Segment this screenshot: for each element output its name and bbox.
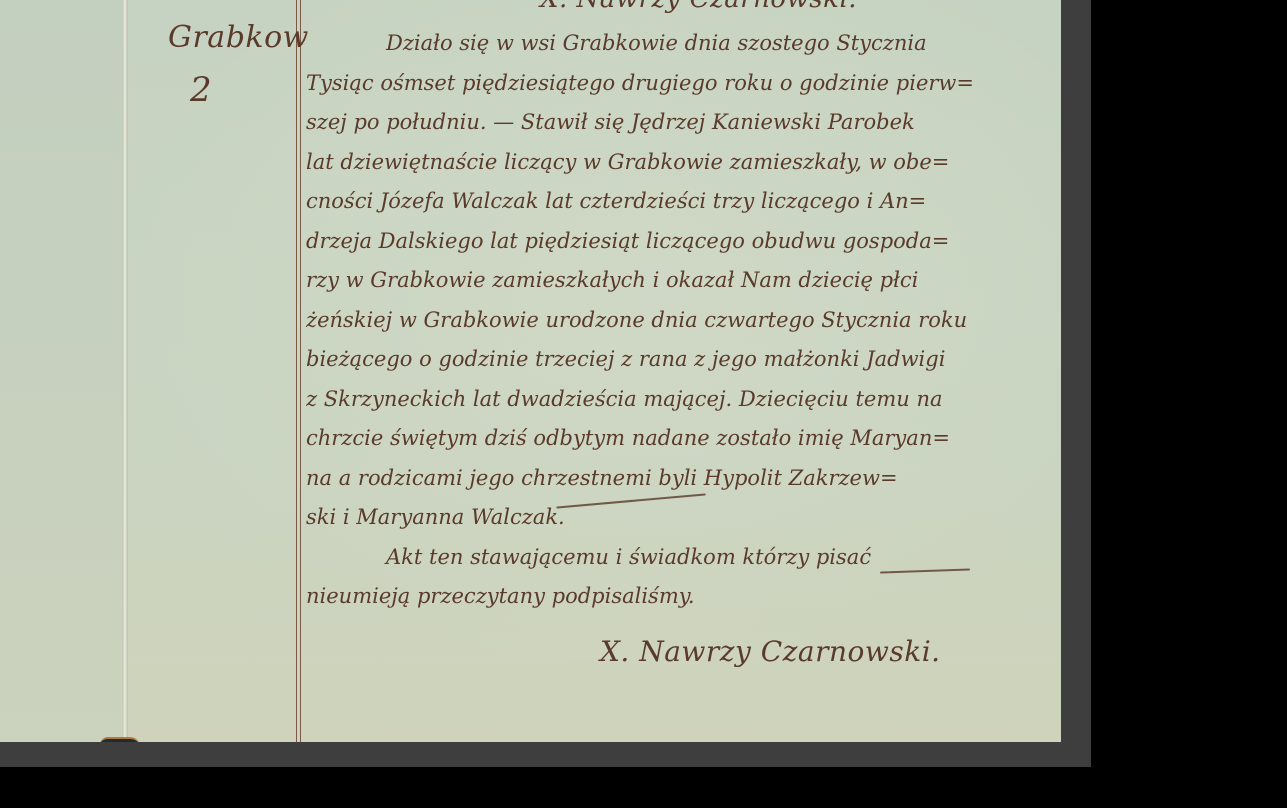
priest-signature: X. Nawrzy Czarnowski. [600,635,941,668]
body-line: lat dziewiętnaście liczący w Grabkowie z… [306,143,1046,183]
margin-rule [296,0,301,742]
body-line: rzy w Grabkowie zamieszkałych i okazał N… [306,261,1046,301]
page-fold-line [122,0,128,742]
body-line: nieumieją przeczytany podpisaliśmy. [306,577,1046,617]
body-line: ski i Maryanna Walczak. [306,498,1046,538]
record-body: Działo się w wsi Grabkowie dnia szostego… [306,24,1046,617]
body-line: na a rodzicami jego chrzestnemi byli Hyp… [306,459,1046,499]
body-line: bieżącego o godzinie trzeciej z rana z j… [306,340,1046,380]
body-line: cności Józefa Walczak lat czterdzieści t… [306,182,1046,222]
body-line: Działo się w wsi Grabkowie dnia szostego… [306,24,1046,64]
previous-entry-signature: X. Nawrzy Czarnowski. [540,0,857,14]
margin-entry-number: 2 [190,70,212,110]
page-tear [100,737,140,742]
body-line: szej po południu. — Stawił się Jędrzej K… [306,103,1046,143]
margin-place-name: Grabkow [168,20,309,55]
body-line: żeńskiej w Grabkowie urodzone dnia czwar… [306,301,1046,341]
adjacent-page-edge [0,0,122,742]
manuscript-page: Grabkow 2 X. Nawrzy Czarnowski. Działo s… [0,0,1061,742]
body-line: drzeja Dalskiego lat piędziesiąt liczące… [306,222,1046,262]
body-line: chrzcie świętym dziś odbytym nadane zost… [306,419,1046,459]
body-line: z Skrzyneckich lat dwadzieścia mającej. … [306,380,1046,420]
body-line: Tysiąc ośmset piędziesiątego drugiego ro… [306,64,1046,104]
